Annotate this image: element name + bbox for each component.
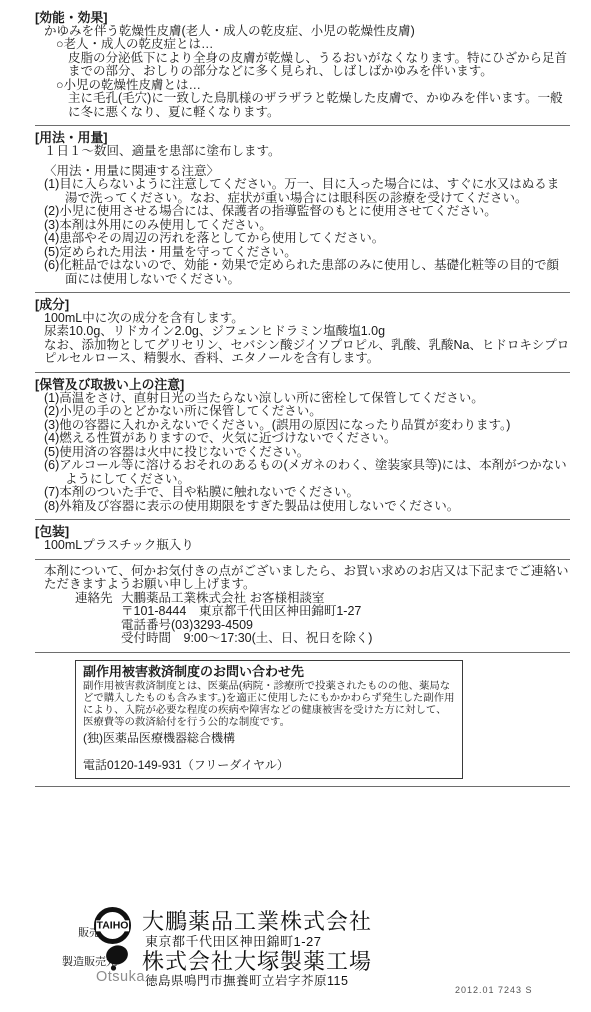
contact-label: 連絡先 xyxy=(75,592,121,646)
document-section: [用法・用量]１日１～数回、適量を患部に塗布します。〈用法・用量に関連する注意〉… xyxy=(35,131,570,293)
text-line: ○老人・成人の乾皮症とは… xyxy=(35,38,570,52)
section-divider xyxy=(35,652,570,653)
text-line: (2)小児に使用させる場合には、保護者の指導監督のもとに使用させてください。 xyxy=(35,205,570,219)
contact-postal-address: 〒101-8444 東京都千代田区神田錦町1-27 xyxy=(121,605,372,619)
taiho-logo-icon: TAIHO xyxy=(94,907,131,944)
text-line: (6)アルコール等に溶けるおそれのあるもの(メガネのわく、塗装家具等)には、本剤… xyxy=(35,459,570,486)
otsuka-logo-text: Otsuka xyxy=(96,970,145,986)
drug-label-page: [効能・効果]かゆみを伴う乾燥性皮膚(老人・成人の乾皮症、小児の乾燥性皮膚)○老… xyxy=(0,0,591,1012)
company-footer: 販売元 TAIHO 大鵬薬品工業株式会社 東京都千代田区神田錦町1-27 製造販… xyxy=(0,900,591,1012)
manufacturer-company-name: 株式会社大塚製薬工場 xyxy=(142,950,372,974)
section-divider xyxy=(35,519,570,520)
contact-block: 連絡先 大鵬薬品工業株式会社 お客様相談室 〒101-8444 東京都千代田区神… xyxy=(75,592,570,646)
document-section: [成分]100mL中に次の成分を含有します。尿素10.0g、リドカイン2.0g、… xyxy=(35,298,570,373)
text-line: 皮脂の分泌低下により全身の皮膚が乾燥し、うるおいがなくなります。特にひざから足首… xyxy=(35,52,570,79)
seller-company-name: 大鵬薬品工業株式会社 xyxy=(142,910,372,934)
relief-box-title: 副作用被害救済制度のお問い合わせ先 xyxy=(83,665,455,679)
document-section: [効能・効果]かゆみを伴う乾燥性皮膚(老人・成人の乾皮症、小児の乾燥性皮膚)○老… xyxy=(35,11,570,126)
text-line: (4)燃える性質がありますので、火気に近づけないでください。 xyxy=(35,432,570,446)
section-heading: [包装] xyxy=(35,525,570,539)
taiho-logo-text: TAIHO xyxy=(96,920,130,931)
section-divider xyxy=(35,125,570,126)
relief-box-phone: 電話0120-149-931（フリーダイヤル） xyxy=(83,759,455,772)
document-section: [保管及び取扱い上の注意](1)高温をさけ、直射日光の当たらない涼しい所に密栓し… xyxy=(35,378,570,520)
section-divider xyxy=(35,292,570,293)
section-divider xyxy=(35,786,570,787)
text-line: なお、添加物としてグリセリン、セバシン酸ジイソプロピル、乳酸、乳酸Na、ヒドロキ… xyxy=(35,339,570,366)
section-divider xyxy=(35,559,570,560)
manufacturer-address: 徳島県鳴門市撫養町立岩字芥原115 xyxy=(145,975,348,989)
document-section: [包装]100mLプラスチック瓶入り xyxy=(35,525,570,559)
label-content: [効能・効果]かゆみを伴う乾燥性皮膚(老人・成人の乾皮症、小児の乾燥性皮膚)○老… xyxy=(0,0,591,787)
text-line: (1)目に入らないように注意してください。万一、目に入った場合には、すぐに水又は… xyxy=(35,178,570,205)
text-line: (7)本剤のついた手で、目や粘膜に触れないでください。 xyxy=(35,486,570,500)
text-line: (8)外箱及び容器に表示の使用期限をすぎた製品は使用しないでください。 xyxy=(35,500,570,514)
document-sections: [効能・効果]かゆみを伴う乾燥性皮膚(老人・成人の乾皮症、小児の乾燥性皮膚)○老… xyxy=(35,11,570,560)
print-code: 2012.01 7243 S xyxy=(455,986,533,996)
contact-hours: 受付時間 9:00～17:30(土、日、祝日を除く) xyxy=(121,632,372,646)
section-heading: [保管及び取扱い上の注意] xyxy=(35,378,570,392)
text-line: (1)高温をさけ、直射日光の当たらない涼しい所に密栓して保管してください。 xyxy=(35,392,570,406)
section-heading: [効能・効果] xyxy=(35,11,570,25)
text-line: １日１～数回、適量を患部に塗布します。 xyxy=(35,145,570,159)
seller-address: 東京都千代田区神田錦町1-27 xyxy=(145,935,322,949)
side-effect-relief-box: 副作用被害救済制度のお問い合わせ先 副作用被害救済制度とは、医薬品(病院・診療所… xyxy=(75,660,463,779)
section-heading: [成分] xyxy=(35,298,570,312)
text-line: (2)小児の手のとどかない所に保管してください。 xyxy=(35,405,570,419)
relief-box-organization: (独)医薬品医療機器総合機構 xyxy=(83,732,455,745)
text-line: 尿素10.0g、リドカイン2.0g、ジフェンヒドラミン塩酸塩1.0g xyxy=(35,325,570,339)
contact-intro: 本剤について、何かお気付きの点がございましたら、お買い求めのお店又は下記までご連… xyxy=(35,565,570,592)
text-line: (6)化粧品ではないので、効能・効果で定められた患部のみに使用し、基礎化粧等の目… xyxy=(35,259,570,286)
text-line: 100mLプラスチック瓶入り xyxy=(35,539,570,553)
relief-box-body: 副作用被害救済制度とは、医薬品(病院・診療所で投薬されたものの他、薬局などで購入… xyxy=(83,681,455,729)
text-line: 主に毛孔(毛穴)に一致した鳥肌様のザラザラと乾燥した皮膚で、かゆみを伴います。一… xyxy=(35,92,570,119)
text-line: (4)患部やその周辺の汚れを落としてから使用してください。 xyxy=(35,232,570,246)
section-divider xyxy=(35,372,570,373)
contact-details: 大鵬薬品工業株式会社 お客様相談室 〒101-8444 東京都千代田区神田錦町1… xyxy=(121,592,372,646)
